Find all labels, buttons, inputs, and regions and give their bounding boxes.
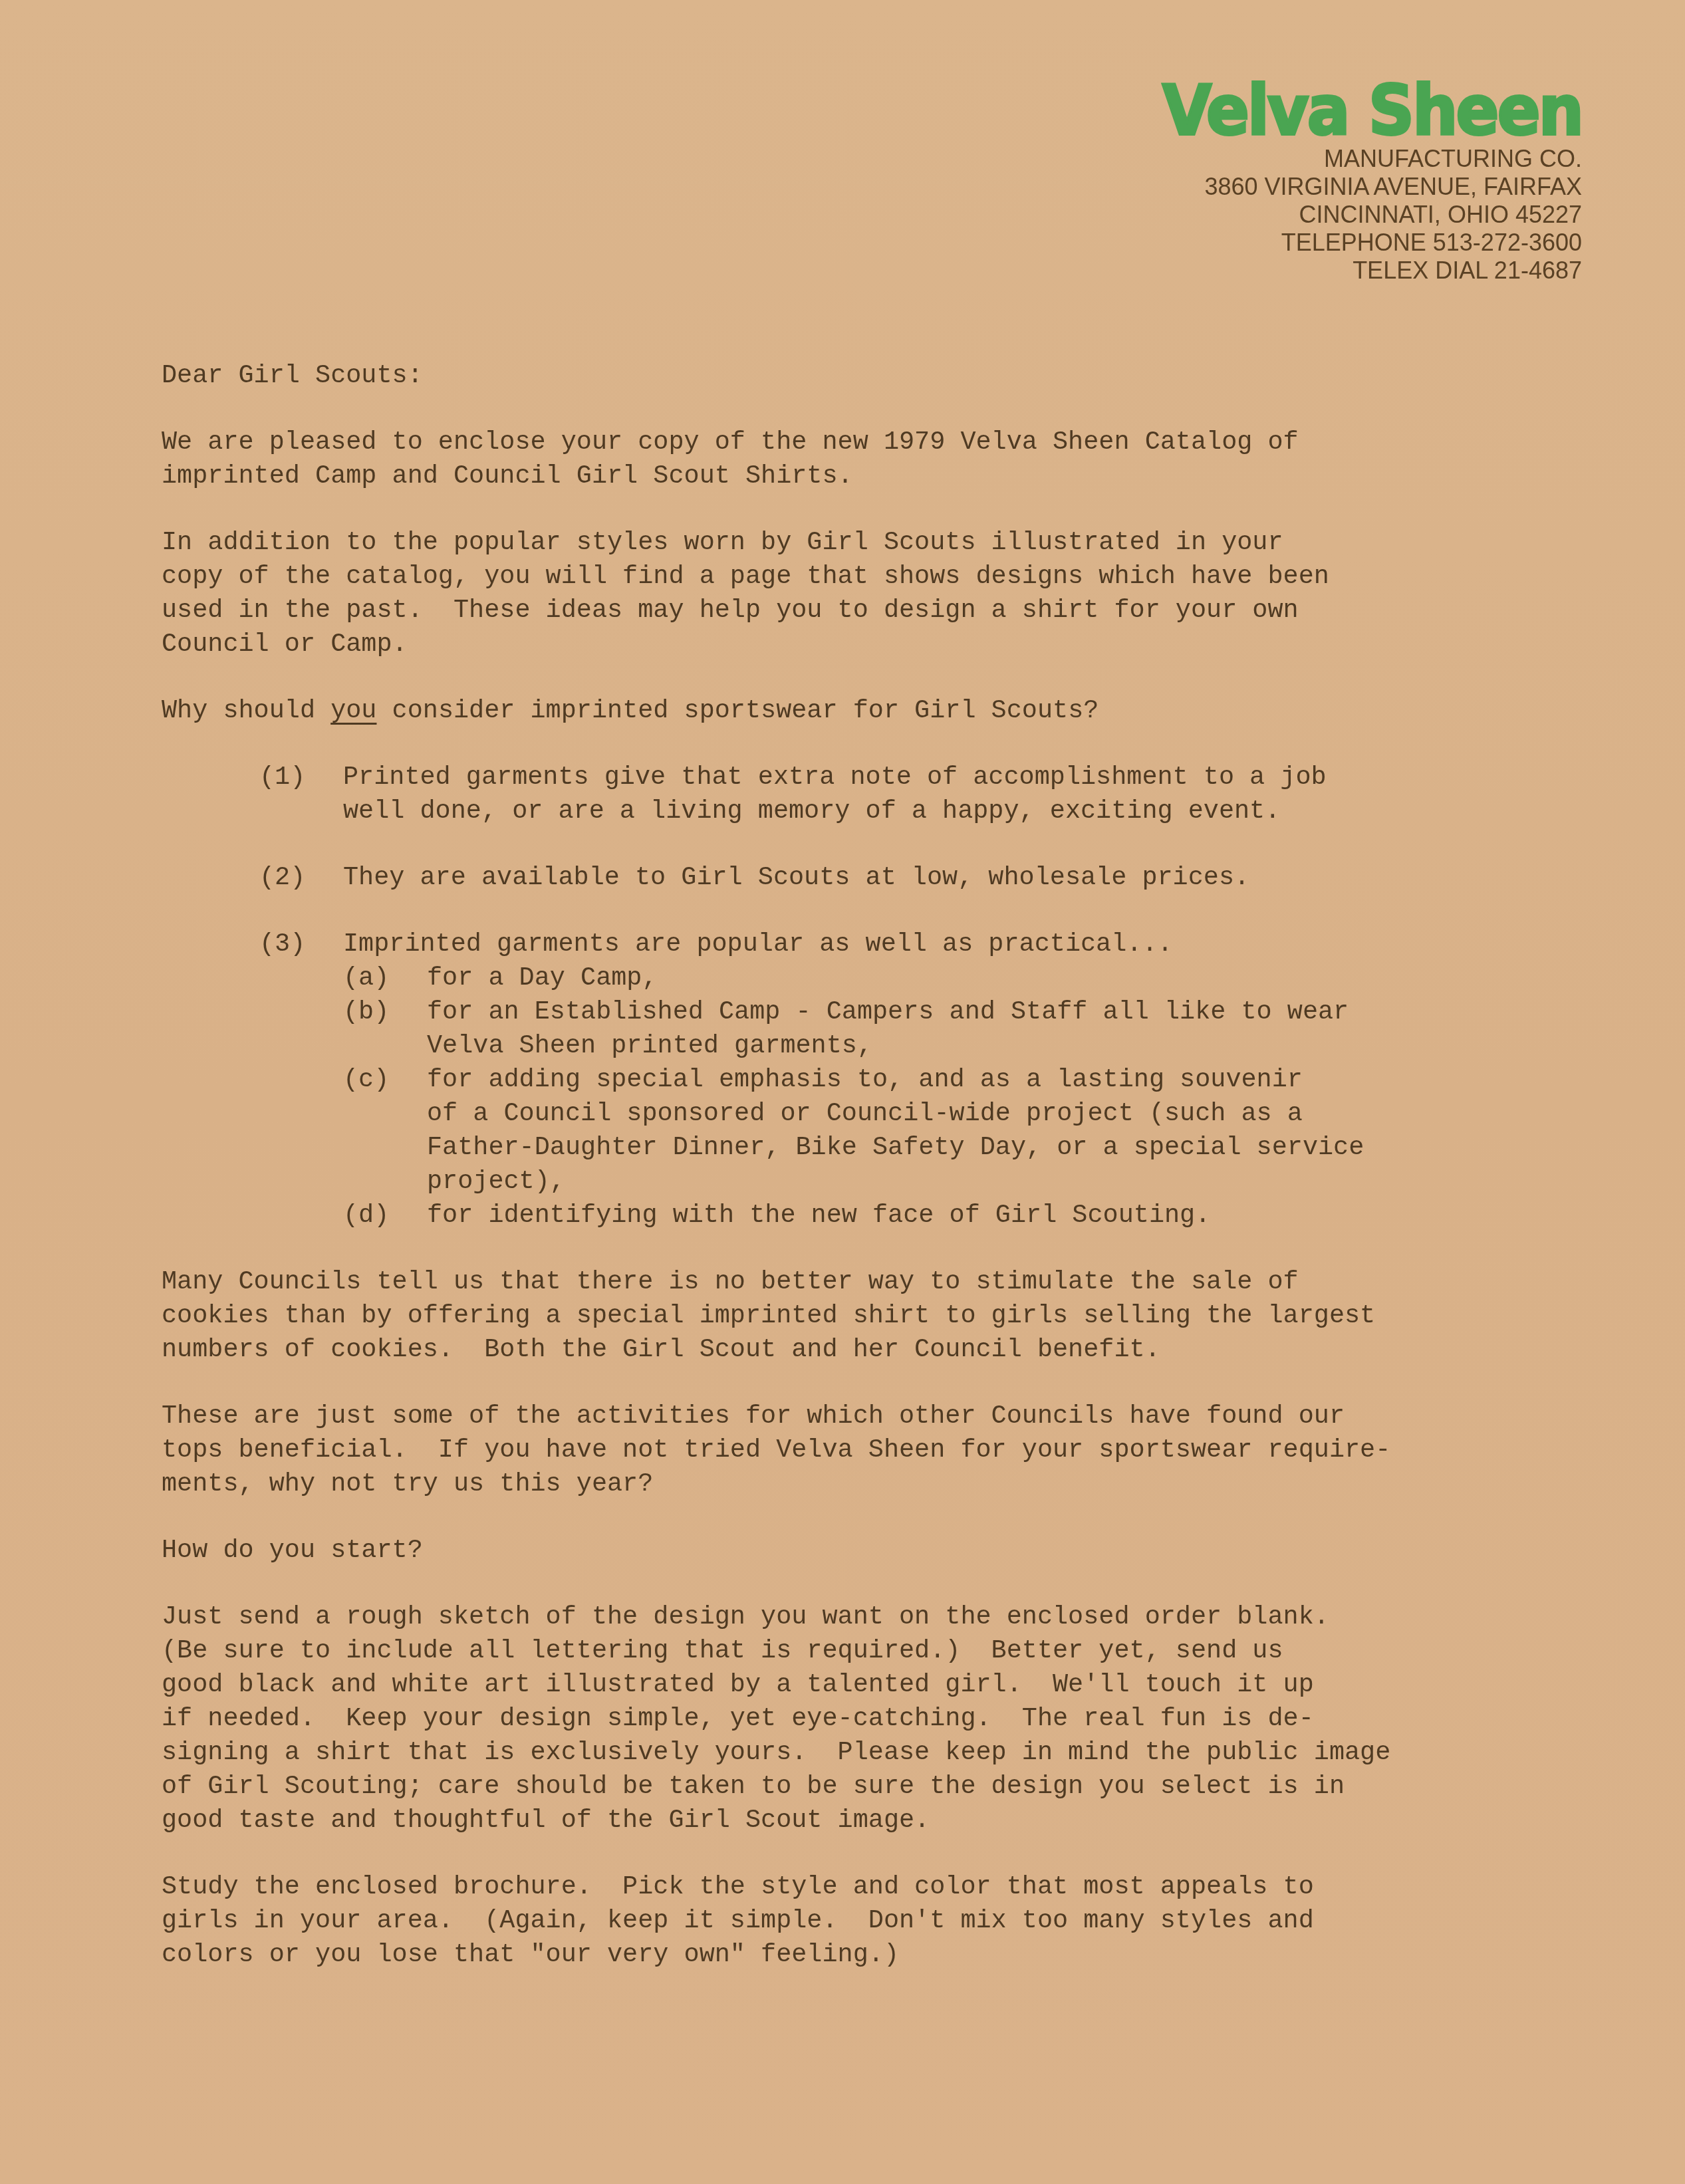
city-state-zip: CINCINNATI, OHIO 45227 (1126, 201, 1582, 229)
text-line: good black and white art illustrated by … (162, 1668, 1558, 1702)
text-line: Just send a rough sketch of the design y… (162, 1600, 1558, 1634)
text-line: These are just some of the activities fo… (162, 1399, 1558, 1433)
reason-number: (2) (259, 861, 339, 895)
paragraph-instructions: Just send a rough sketch of the design y… (162, 1600, 1558, 1838)
text-line: Council or Camp. (162, 628, 1558, 662)
text-line: Father-Daughter Dinner, Bike Safety Day,… (427, 1131, 1558, 1165)
sub-item-c: (c) for adding special emphasis to, and … (162, 1063, 1558, 1199)
reason-item-1: (1) Printed garments give that extra not… (162, 761, 1558, 828)
text-line: tops beneficial. If you have not tried V… (162, 1433, 1558, 1467)
reason-number: (3) (259, 927, 339, 961)
sub-item-letter: (d) (343, 1199, 389, 1233)
paragraph-activities: These are just some of the activities fo… (162, 1399, 1558, 1501)
question-line: Why should you consider imprinted sports… (162, 694, 1558, 728)
telephone: TELEPHONE 513-272-3600 (1126, 229, 1582, 257)
text-line: numbers of cookies. Both the Girl Scout … (162, 1333, 1558, 1367)
sub-item-letter: (c) (343, 1063, 389, 1097)
text-line: Many Councils tell us that there is no b… (162, 1265, 1558, 1299)
text-line: project), (427, 1165, 1558, 1199)
telex: TELEX DIAL 21-4687 (1126, 257, 1582, 285)
text-line: Imprinted garments are popular as well a… (343, 927, 1558, 961)
reason-number: (1) (259, 761, 339, 794)
question-text: consider imprinted sportswear for Girl S… (376, 696, 1099, 725)
text-line: ments, why not try us this year? (162, 1467, 1558, 1501)
sub-item-d: (d) for identifying with the new face of… (162, 1199, 1558, 1233)
text-line: for adding special emphasis to, and as a… (427, 1063, 1558, 1097)
sub-item-letter: (a) (343, 961, 389, 995)
text-line: Velva Sheen printed garments, (427, 1029, 1558, 1063)
underlined-emphasis: you (330, 696, 376, 725)
letterhead: Velva Sheen MANUFACTURING CO. 3860 VIRGI… (1126, 78, 1582, 285)
text-line: Study the enclosed brochure. Pick the st… (162, 1870, 1558, 1904)
text-line: signing a shirt that is exclusively your… (162, 1736, 1558, 1770)
text-line: used in the past. These ideas may help y… (162, 594, 1558, 628)
text-line: of Girl Scouting; care should be taken t… (162, 1770, 1558, 1804)
text-line: copy of the catalog, you will find a pag… (162, 560, 1558, 594)
reason-item-2: (2) They are available to Girl Scouts at… (162, 861, 1558, 895)
letter-body: Dear Girl Scouts: We are pleased to encl… (162, 359, 1558, 1972)
sub-item-letter: (b) (343, 995, 389, 1029)
text-line: Printed garments give that extra note of… (343, 761, 1558, 794)
sub-item-b: (b) for an Established Camp - Campers an… (162, 995, 1558, 1063)
brand-logo: Velva Sheen (1162, 78, 1582, 142)
text-line: cookies than by offering a special impri… (162, 1299, 1558, 1333)
question-text: Why should (162, 696, 330, 725)
letter-page: Velva Sheen MANUFACTURING CO. 3860 VIRGI… (0, 0, 1685, 2184)
text-line: colors or you lose that "our very own" f… (162, 1938, 1558, 1972)
text-line: well done, or are a living memory of a h… (343, 794, 1558, 828)
text-line: imprinted Camp and Council Girl Scout Sh… (162, 459, 1558, 493)
text-line: if needed. Keep your design simple, yet … (162, 1702, 1558, 1736)
how-to-start-heading: How do you start? (162, 1534, 1558, 1568)
salutation: Dear Girl Scouts: (162, 359, 1558, 393)
paragraph-designs: In addition to the popular styles worn b… (162, 526, 1558, 662)
text-line: girls in your area. (Again, keep it simp… (162, 1904, 1558, 1938)
text-line: We are pleased to enclose your copy of t… (162, 425, 1558, 459)
text-line: for an Established Camp - Campers and St… (427, 995, 1558, 1029)
text-line: for identifying with the new face of Gir… (427, 1199, 1558, 1233)
paragraph-catalog: We are pleased to enclose your copy of t… (162, 425, 1558, 493)
text-line: (Be sure to include all lettering that i… (162, 1634, 1558, 1668)
reason-item-3: (3) Imprinted garments are popular as we… (162, 927, 1558, 1233)
text-line: They are available to Girl Scouts at low… (343, 861, 1558, 895)
paragraph-cookies: Many Councils tell us that there is no b… (162, 1265, 1558, 1367)
street-address: 3860 VIRGINIA AVENUE, FAIRFAX (1126, 173, 1582, 201)
text-line: good taste and thoughtful of the Girl Sc… (162, 1804, 1558, 1838)
sub-item-a: (a) for a Day Camp, (162, 961, 1558, 995)
text-line: In addition to the popular styles worn b… (162, 526, 1558, 560)
text-line: for a Day Camp, (427, 961, 1558, 995)
paragraph-brochure: Study the enclosed brochure. Pick the st… (162, 1870, 1558, 1972)
text-line: of a Council sponsored or Council-wide p… (427, 1097, 1558, 1131)
